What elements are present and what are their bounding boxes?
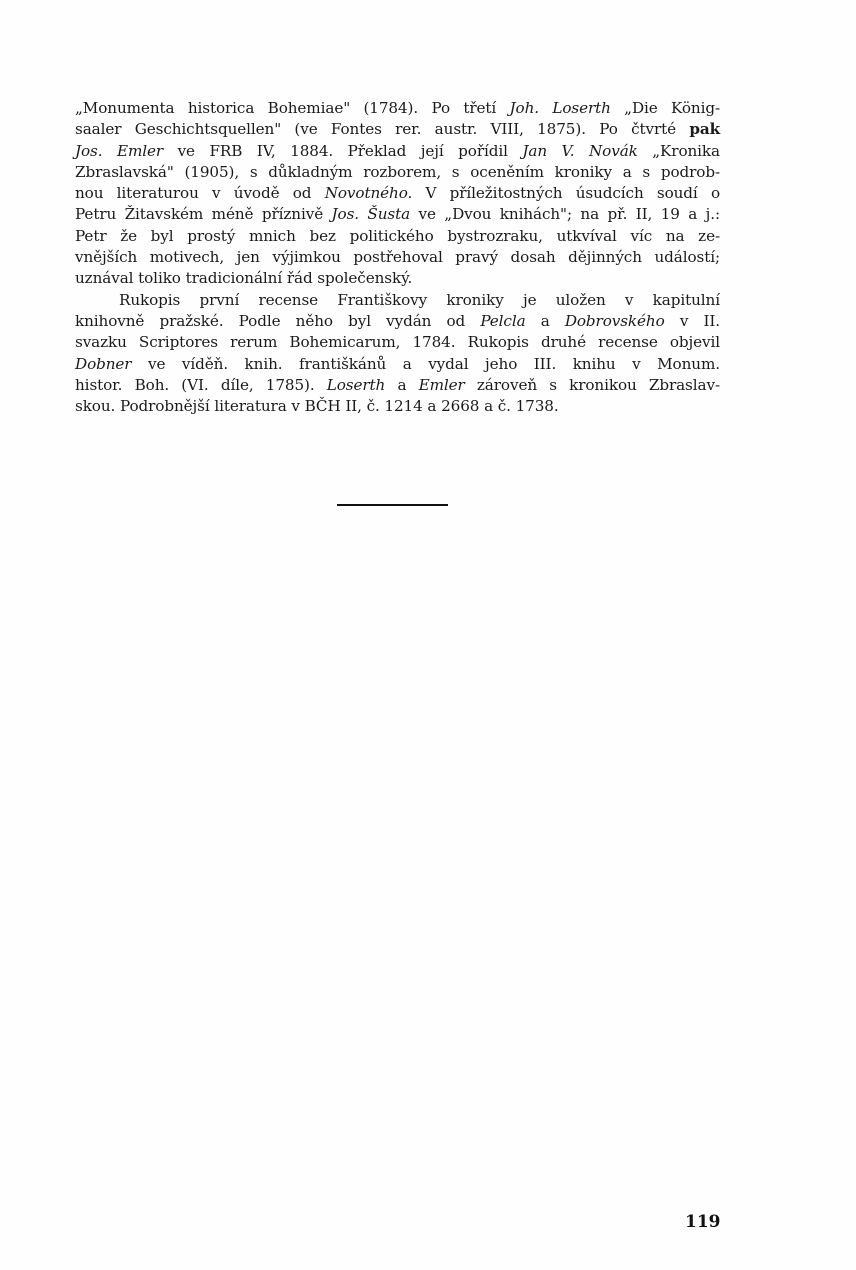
- text-line: saaler Geschichtsquellen" (ve Fontes rer…: [75, 119, 720, 140]
- paragraph: Rukopis první recense Františkovy kronik…: [75, 290, 720, 418]
- text-run: Petru Žitavském méně příznivě: [75, 205, 332, 223]
- text-run: „Die König-: [611, 99, 720, 117]
- text-line: Petr že byl prostý mnich bez politického…: [75, 226, 720, 247]
- text-run: zároveň s kronikou Zbraslav-: [465, 376, 720, 394]
- italic-name: Pelcla: [480, 312, 525, 330]
- italic-name: Joh. Loserth: [510, 99, 611, 117]
- text-line: „Monumenta historica Bohemiae" (1784). P…: [75, 98, 720, 119]
- text-run: uznával toliko tradicionální řád společe…: [75, 269, 412, 287]
- text-run: Rukopis první recense Františkovy kronik…: [119, 291, 720, 309]
- text-line: histor. Boh. (VI. díle, 1785). Loserth a…: [75, 375, 720, 396]
- text-run: a: [526, 312, 565, 330]
- italic-name: Dobrovského: [565, 312, 665, 330]
- text-run: ve FRB IV, 1884. Překlad její pořídil: [163, 142, 522, 160]
- text-run: „Kronika: [638, 142, 720, 160]
- text-run: saaler Geschichtsquellen" (ve Fontes rer…: [75, 120, 689, 138]
- text-line: Dobner ve víděň. knih. františkánů a vyd…: [75, 354, 720, 375]
- paragraph: „Monumenta historica Bohemiae" (1784). P…: [75, 98, 720, 290]
- text-line: uznával toliko tradicionální řád společe…: [75, 268, 720, 289]
- text-run: v II.: [665, 312, 720, 330]
- text-run: „Monumenta historica Bohemiae" (1784). P…: [75, 99, 510, 117]
- italic-name: Jos. Šusta: [332, 205, 411, 223]
- italic-name: Jan V. Novák: [522, 142, 637, 160]
- section-divider-rule: [337, 504, 448, 506]
- text-line: Jos. Emler ve FRB IV, 1884. Překlad její…: [75, 141, 720, 162]
- text-line: svazku Scriptores rerum Bohemicarum, 178…: [75, 332, 720, 353]
- text-line: vnějších motivech, jen výjimkou postřeho…: [75, 247, 720, 268]
- text-run: nou literaturou v úvodě od: [75, 184, 325, 202]
- text-run: knihovně pražské. Podle něho byl vydán o…: [75, 312, 480, 330]
- text-line: nou literaturou v úvodě od Novotného. V …: [75, 183, 720, 204]
- text-line: skou. Podrobnější literatura v BČH II, č…: [75, 396, 720, 417]
- italic-name: Loserth: [327, 376, 385, 394]
- text-run: histor. Boh. (VI. díle, 1785).: [75, 376, 327, 394]
- text-run: ve víděň. knih. františkánů a vydal jeho…: [131, 355, 720, 373]
- text-line: Zbraslavská" (1905), s důkladným rozbore…: [75, 162, 720, 183]
- book-page: „Monumenta historica Bohemiae" (1784). P…: [0, 0, 856, 1270]
- text-line: Petru Žitavském méně příznivě Jos. Šusta…: [75, 204, 720, 225]
- italic-name: Dobner: [75, 355, 131, 373]
- text-line: Rukopis první recense Františkovy kronik…: [75, 290, 720, 311]
- text-run: svazku Scriptores rerum Bohemicarum, 178…: [75, 333, 720, 351]
- italic-name: Jos. Emler: [75, 142, 163, 160]
- italic-name: Emler: [419, 376, 465, 394]
- page-number: 119: [685, 1212, 721, 1232]
- text-run: ve „Dvou knihách"; na př. II, 19 a j.:: [410, 205, 720, 223]
- bold-text: pak: [689, 120, 720, 138]
- text-run: Zbraslavská" (1905), s důkladným rozbore…: [75, 163, 720, 181]
- text-run: V příležitostných úsudcích soudí o: [412, 184, 720, 202]
- text-run: a: [385, 376, 418, 394]
- text-run: vnějších motivech, jen výjimkou postřeho…: [75, 248, 720, 266]
- body-text: „Monumenta historica Bohemiae" (1784). P…: [75, 98, 720, 417]
- text-run: skou. Podrobnější literatura v BČH II, č…: [75, 397, 559, 415]
- text-run: Petr že byl prostý mnich bez politického…: [75, 227, 720, 245]
- text-line: knihovně pražské. Podle něho byl vydán o…: [75, 311, 720, 332]
- italic-name: Novotného.: [325, 184, 413, 202]
